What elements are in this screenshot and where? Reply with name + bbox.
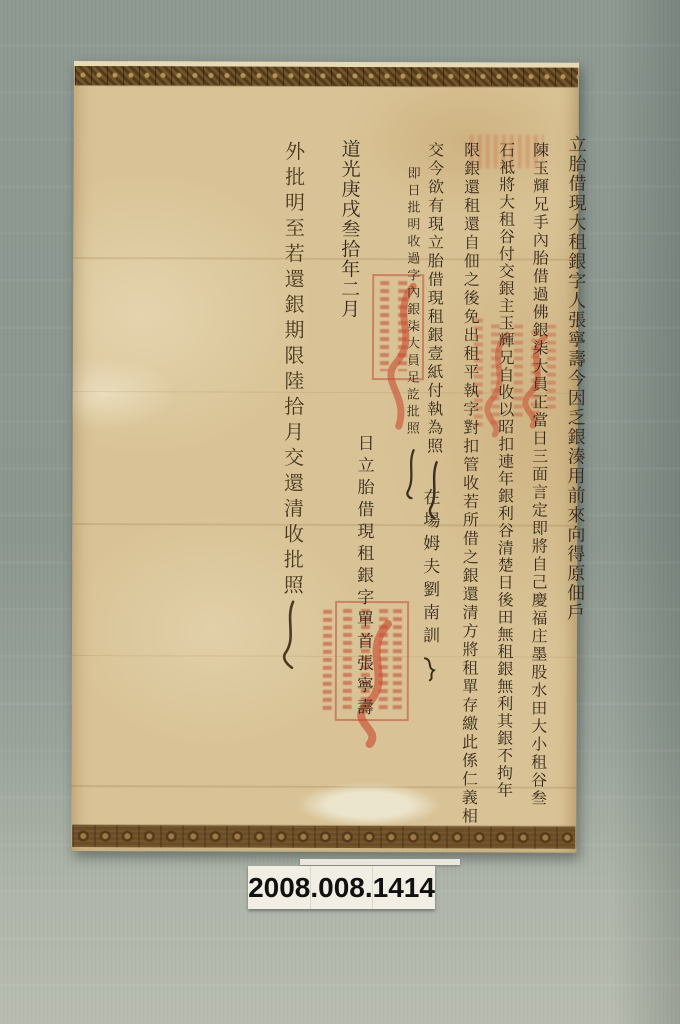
- side-note-column: 外批明至若還銀期限陸拾月交還清收批照: [278, 141, 309, 600]
- paper-damage-patch: [276, 774, 461, 831]
- brocade-border-top: [75, 66, 578, 87]
- ink-flourish-after-receipt-note: [402, 448, 418, 500]
- brocade-border-bottom: [72, 825, 575, 849]
- signature-column: 日立胎借現租銀字單首張寧壽: [351, 434, 377, 720]
- text-column-1: 立胎借現大租銀字人張寧壽今因乏銀湊用前來向得原佃戶: [561, 135, 589, 623]
- accession-number: 2008.008.1414: [248, 872, 435, 904]
- red-seal-d-side-text: [323, 610, 332, 710]
- ink-flourish-after-side-note: [277, 600, 301, 670]
- accession-number-label: 2008.008.1414: [248, 866, 435, 909]
- text-column-3: 石袛將大租谷付交銀主玉輝兄自收以昭扣連年銀利谷清楚日後田無租銀無利其銀不拘年: [492, 141, 517, 798]
- date-column: 道光庚戌叁拾年二月: [336, 139, 364, 319]
- label-top-strip: [300, 859, 460, 865]
- text-column-2: 陳玉輝兄手內胎借過佛銀柒大員正當日三面言定即將自己慶福庄墨股水田大小租谷叁: [526, 142, 551, 808]
- text-column-4: 限銀還租還自佃之後免出租平執字對扣管收若所借之銀還清方將租單存繳此係仁義相: [457, 141, 482, 826]
- receipt-note-column: 即日批明收過字內銀柒大員足訖批照: [402, 166, 422, 438]
- ink-flourish-after-column-5: [424, 460, 442, 520]
- manuscript-document: 立胎借現大租銀字人張寧壽今因乏銀湊用前來向得原佃戶 陳玉輝兄手內胎借過佛銀柒大員…: [71, 61, 579, 853]
- text-column-5: 交今欲有現立胎借現租銀壹紙付執為照: [423, 141, 447, 456]
- ink-flourish-after-witness: [422, 654, 438, 682]
